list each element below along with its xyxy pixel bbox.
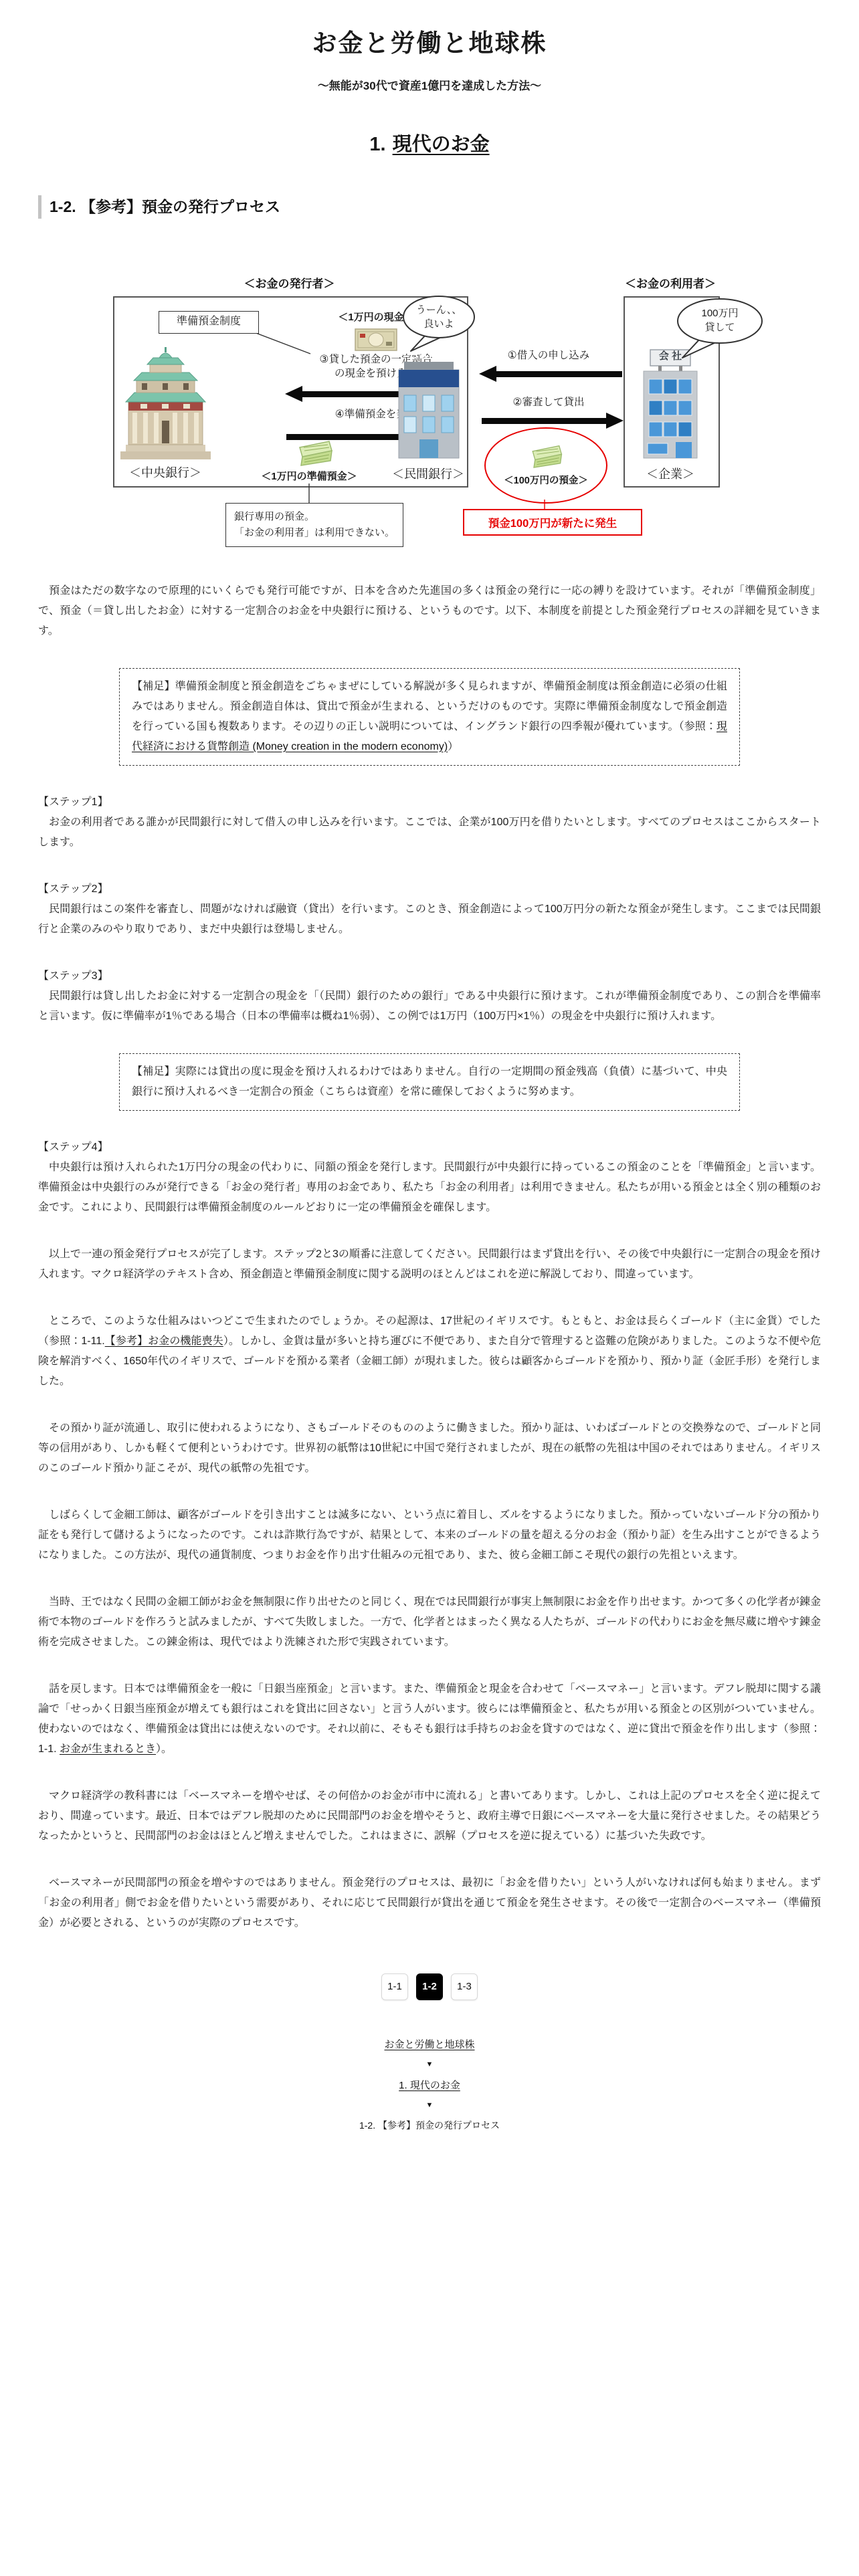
- summary-paragraph: 以上で一連の預金発行プロセスが完了します。ステップ2と3の順番に注意してください…: [38, 1245, 821, 1285]
- breadcrumb-home-link[interactable]: お金と労働と地球株: [384, 2037, 474, 2051]
- final-paragraph: ベースマネーが民間部門の預金を増やすのではありません。預金発行のプロセスは、最初…: [38, 1873, 821, 1933]
- issuer-group-label: ＜お金の発行者＞: [113, 274, 466, 291]
- private-bank-label: ＜民間銀行＞: [385, 465, 472, 482]
- page-button-1-1[interactable]: 1-1: [381, 1973, 408, 2000]
- arrow2-label: ②審査して貸出: [482, 395, 615, 409]
- section-number: 1.: [369, 134, 385, 155]
- basemoney-paragraph: 話を戻します。日本では準備預金を一般に「日銀当座預金」と言います。また、準備預金…: [38, 1679, 821, 1759]
- money-function-loss-link[interactable]: 【参考】お金の機能喪失: [105, 1335, 223, 1347]
- alchemy-paragraph: 当時、王ではなく民間の金細工師がお金を無制限に作り出せたのと同じく、現在では民間…: [38, 1592, 821, 1652]
- step3-paragraph: 民間銀行は貸し出したお金に対する一定割合の現金を「（民間）銀行のための銀行」であ…: [38, 986, 821, 1027]
- deposit-process-diagram: ＜お金の発行者＞ ＜お金の利用者＞ 準備預金制度 ＜1万円の現金＞: [62, 271, 797, 548]
- lend-right-arrow-icon: [482, 418, 606, 424]
- section-title: 1.現代のお金: [0, 129, 859, 156]
- intro-paragraph: 預金はただの数字なので原理的にいくらでも発行可能ですが、日本を含めた先進国の多く…: [38, 581, 821, 641]
- goldsmith-paragraph: しばらくして金細工師は、顧客がゴールドを引き出すことは滅多にない、という点に着目…: [38, 1505, 821, 1566]
- step3-label: 【ステップ3】: [38, 966, 821, 986]
- bank-speech-bubble: うーん、、 良いよ: [401, 295, 476, 352]
- page-subtitle: ～無能が30代で資産1億円を達成した方法～: [0, 76, 859, 93]
- step2-label: 【ステップ2】: [38, 879, 821, 899]
- receipt-paragraph: その預かり証が流通し、取引に使われるようになり、さもゴールドそのもののように働き…: [38, 1418, 821, 1479]
- central-bank-label: ＜中央銀行＞: [118, 463, 212, 481]
- money-born-link[interactable]: お金が生まれるとき: [60, 1743, 156, 1755]
- user-group-label: ＜お金の利用者＞: [603, 274, 737, 291]
- company-label: ＜企業＞: [630, 465, 710, 482]
- down-triangle-icon: ▼: [426, 2101, 434, 2109]
- new-deposit-ellipse: ＜100万円の預金＞: [484, 427, 607, 504]
- bank-only-note: 銀行専用の預金。 「お金の利用者」は利用できない。: [225, 503, 403, 547]
- page-title: お金と労働と地球株: [0, 0, 859, 59]
- central-bank-icon: [120, 346, 211, 462]
- section-title-link[interactable]: 現代のお金: [393, 134, 490, 155]
- origin-paragraph: ところで、このような仕組みはいつどこで生まれたのでしょうか。その起源は、17世紀…: [38, 1311, 821, 1392]
- textbook-paragraph: マクロ経済学の教科書には「ベースマネーを増やせば、その何倍かのお金が市中に流れる…: [38, 1786, 821, 1846]
- breadcrumb: お金と労働と地球株 ▼ 1. 現代のお金 ▼ 1-2. 【参考】預金の発行プロセ…: [38, 2037, 821, 2132]
- loan-request-left-arrow-icon: [496, 371, 622, 377]
- step2-paragraph: 民間銀行はこの案件を審査し、問題がなければ融資（貸出）を行います。このとき、預金…: [38, 899, 821, 940]
- breadcrumb-current: 1-2. 【参考】預金の発行プロセス: [359, 2119, 500, 2132]
- note-box-2: 【補足】実際には貸出の度に現金を預け入れるわけではありません。自行の一定期間の預…: [119, 1053, 740, 1111]
- note-box-1: 【補足】準備預金制度と預金創造をごちゃまぜにしている解説が多く見られますが、準備…: [119, 668, 740, 766]
- company-bubble-text: 100万円 貸して: [676, 306, 764, 334]
- company-speech-bubble: 100万円 貸して: [676, 298, 764, 359]
- step1-paragraph: お金の利用者である誰かが民間銀行に対して借入の申し込みを行います。ここでは、企業…: [38, 813, 821, 853]
- passbook-icon: [529, 444, 563, 471]
- passbook-icon: [296, 439, 333, 469]
- subsection-heading: 1-2. 【参考】預金の発行プロセス: [38, 195, 821, 219]
- banknote-icon: [355, 328, 397, 354]
- arrow1-label: ①借入の申し込み: [482, 348, 615, 362]
- new-deposit-label: ＜100万円の預金＞: [504, 473, 588, 487]
- down-triangle-icon: ▼: [426, 2060, 434, 2068]
- reserve-deposit-label: ＜1万円の準備預金＞: [222, 469, 396, 483]
- step1-label: 【ステップ1】: [38, 792, 821, 813]
- page-button-1-3[interactable]: 1-3: [451, 1973, 478, 2000]
- step4-paragraph: 中央銀行は預け入れられた1万円分の現金の代わりに、同額の預金を発行します。民間銀…: [38, 1158, 821, 1218]
- step4-label: 【ステップ4】: [38, 1138, 821, 1158]
- reserve-system-box: 準備預金制度: [159, 311, 259, 334]
- new-deposit-note: 預金100万円が新たに発生: [463, 509, 642, 536]
- bank-icon: [395, 346, 463, 463]
- breadcrumb-section-link[interactable]: 1. 現代のお金: [399, 2078, 460, 2092]
- pagination: 1-1 1-2 1-3: [38, 1973, 821, 2000]
- bank-bubble-text: うーん、、 良いよ: [401, 303, 476, 331]
- company-icon: [638, 346, 702, 463]
- page: お金と労働と地球株 ～無能が30代で資産1億円を達成した方法～ 1.現代のお金 …: [0, 0, 859, 2576]
- page-button-1-2-active[interactable]: 1-2: [416, 1973, 443, 2000]
